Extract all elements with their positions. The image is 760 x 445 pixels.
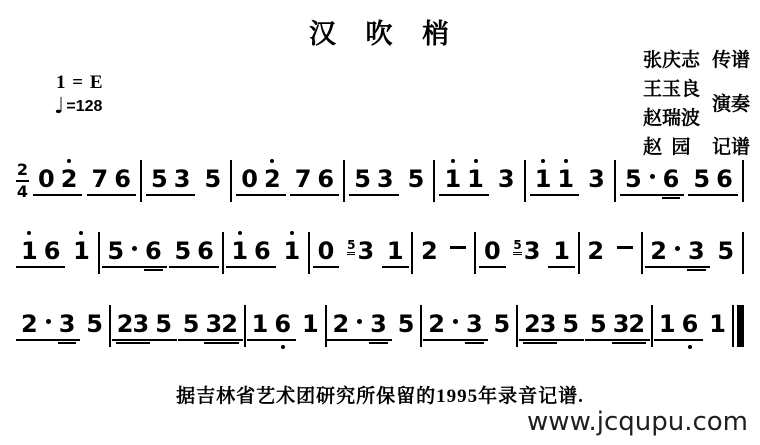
- beam-group: 11: [439, 167, 488, 196]
- note: 0: [241, 167, 258, 191]
- beam-group: 23: [16, 312, 80, 341]
- note-single: 5: [81, 312, 108, 341]
- note-single: 5: [393, 312, 420, 341]
- octave-dot-below: [688, 345, 692, 349]
- source-note: 据吉林省艺术团研究所保留的1995年录音记谱.: [0, 381, 760, 408]
- barline: [578, 232, 580, 274]
- note-digit: 2: [21, 312, 38, 336]
- note-digit: 5: [562, 312, 579, 336]
- note: 0: [38, 167, 55, 191]
- beam-group: 23: [645, 239, 709, 268]
- beam-group: 532: [585, 312, 650, 341]
- note: 5: [174, 239, 191, 263]
- note-digit: 2: [428, 312, 445, 336]
- note: 1: [709, 312, 726, 336]
- note-single: 53: [508, 239, 545, 268]
- note-digit: 7: [92, 167, 109, 191]
- note-digit: 5: [693, 167, 710, 191]
- octave-dot-above: [451, 159, 455, 163]
- beam-group: 56: [169, 239, 218, 268]
- note-digit: 0: [38, 167, 55, 191]
- note: 3: [174, 167, 191, 191]
- barline: [98, 232, 100, 274]
- note: 5: [151, 167, 168, 191]
- note-digit: 3: [540, 312, 557, 336]
- note-digit: 1: [231, 239, 248, 263]
- credit-name-performer-2: 赵瑞波: [643, 104, 700, 133]
- note-digit: 0: [318, 239, 335, 263]
- note-digit: 2: [117, 312, 134, 336]
- note-digit: 6: [254, 239, 271, 263]
- note-digit: 2: [628, 312, 645, 336]
- note-digit: 1: [302, 312, 319, 336]
- note: 7: [295, 167, 312, 191]
- note: 0: [318, 239, 335, 263]
- beam-group: 56: [620, 167, 684, 196]
- barline: [742, 160, 744, 202]
- barline: [230, 160, 232, 202]
- barline: [411, 232, 413, 274]
- credits-block: 张庆志 传谱 王玉良 演奏 赵瑞波 赵 园 记谱: [643, 46, 750, 162]
- barline: [308, 232, 310, 274]
- note-digit: 5: [494, 312, 511, 336]
- note: 1: [73, 239, 90, 263]
- note-digit: 2: [587, 239, 604, 263]
- note: 6: [197, 239, 214, 263]
- note-single: 1: [68, 239, 95, 268]
- note-digit: 2: [524, 312, 541, 336]
- note: 1: [231, 239, 248, 263]
- tempo-marking: ♩ =128: [54, 96, 102, 118]
- barline: [474, 232, 476, 274]
- note-digit: 1: [659, 312, 676, 336]
- note: 5: [693, 167, 710, 191]
- beam-group: 76: [87, 167, 136, 196]
- beam-group: 235: [519, 312, 584, 341]
- note: 1: [659, 312, 676, 336]
- note-single: 1: [297, 312, 324, 341]
- note-digit: 5: [174, 239, 191, 263]
- note: 6: [274, 312, 291, 336]
- note-digit: 1: [467, 167, 484, 191]
- beam-group: 11: [530, 167, 579, 196]
- note: 5: [354, 167, 371, 191]
- note-single: 5: [712, 239, 739, 268]
- barline: [516, 305, 518, 347]
- note: [617, 246, 633, 256]
- beam-group: 16: [16, 239, 65, 268]
- note-digit: 0: [484, 239, 501, 263]
- beam-group: 76: [290, 167, 339, 196]
- beam-group: 235: [112, 312, 177, 341]
- note-digit: 5: [625, 167, 642, 191]
- note: 2: [421, 239, 438, 263]
- dash-continuation: [450, 246, 466, 249]
- augmentation-dot: [675, 246, 680, 251]
- beam-group: 0: [479, 239, 506, 268]
- beam-group: 02: [33, 167, 82, 196]
- note: 5: [155, 312, 172, 336]
- score-line-2: 16156561610531205312235: [16, 220, 744, 286]
- note-single: 2: [582, 239, 609, 268]
- note-digit: 5: [183, 312, 200, 336]
- note: 6: [114, 167, 131, 191]
- note: 1: [283, 239, 300, 263]
- octave-dot-above: [27, 231, 31, 235]
- note-digit: 6: [197, 239, 214, 263]
- note: 7: [92, 167, 109, 191]
- note: 53: [347, 239, 374, 263]
- note: 3: [377, 167, 394, 191]
- note: 6: [682, 312, 699, 336]
- augmentation-dot: [357, 319, 362, 324]
- barline: [343, 160, 345, 202]
- note-digit: 3: [613, 312, 630, 336]
- beam-group: 1: [382, 239, 409, 268]
- note: 2: [264, 167, 281, 191]
- note: 2: [117, 312, 134, 336]
- note: 3: [688, 239, 705, 263]
- note-single: 1: [704, 312, 731, 341]
- barline: [641, 232, 643, 274]
- barline: [140, 160, 142, 202]
- note: 2: [428, 312, 445, 336]
- note-digit: 1: [709, 312, 726, 336]
- octave-dot-above: [270, 159, 274, 163]
- note-digit: 3: [132, 312, 149, 336]
- note: 6: [317, 167, 334, 191]
- octave-dot-above: [290, 231, 294, 235]
- note: 1: [302, 312, 319, 336]
- note-digit: 2: [650, 239, 667, 263]
- note-digit: 3: [174, 167, 191, 191]
- note: 2: [221, 312, 238, 336]
- tempo-value: =128: [66, 98, 102, 116]
- note-single: 53: [342, 239, 379, 268]
- note-digit: 0: [241, 167, 258, 191]
- note: 3: [498, 167, 515, 191]
- note: 6: [716, 167, 733, 191]
- time-signature: 24: [16, 162, 29, 200]
- beam-group: 53: [349, 167, 398, 196]
- note-digit: 1: [283, 239, 300, 263]
- note-digit: 3: [370, 312, 387, 336]
- note-single: 3: [493, 167, 520, 196]
- note-single: [445, 246, 471, 261]
- note: 1: [387, 239, 404, 263]
- note: 2: [524, 312, 541, 336]
- note-digit: 3: [588, 167, 605, 191]
- note: 5: [494, 312, 511, 336]
- beam-group: 0: [313, 239, 340, 268]
- note-digit: 5: [717, 239, 734, 263]
- note: 2: [21, 312, 38, 336]
- note: 5: [717, 239, 734, 263]
- augmentation-dot: [650, 174, 655, 179]
- note-digit: 5: [398, 312, 415, 336]
- sheet-music-page: { "title": "汉 吹 梢", "credits": { "names"…: [0, 0, 760, 445]
- note-digit: 6: [716, 167, 733, 191]
- note: 5: [183, 312, 200, 336]
- quarter-note-icon: ♩: [54, 96, 64, 118]
- octave-dot-above: [67, 159, 71, 163]
- note-single: 5: [489, 312, 516, 341]
- note-single: 1: [278, 239, 305, 268]
- note-digit: 6: [145, 239, 162, 263]
- note-digit: 1: [252, 312, 269, 336]
- note: 5: [625, 167, 642, 191]
- octave-dot-above: [474, 159, 478, 163]
- credit-name-transcriber: 张庆志: [643, 46, 700, 75]
- beam-group: 16: [226, 239, 275, 268]
- note-digit: 5: [408, 167, 425, 191]
- note: 6: [254, 239, 271, 263]
- note-digit: 5: [204, 167, 221, 191]
- beam-group: 16: [654, 312, 703, 341]
- note: 2: [332, 312, 349, 336]
- beam-group: 532: [178, 312, 243, 341]
- note-digit: 1: [553, 239, 570, 263]
- augmentation-dot: [46, 319, 51, 324]
- beam-group: 02: [236, 167, 285, 196]
- note: 3: [370, 312, 387, 336]
- note-digit: 2: [421, 239, 438, 263]
- note: 6: [145, 239, 162, 263]
- note-digit: 3: [205, 312, 222, 336]
- score-line-3: 235235532161235235235532161: [16, 293, 744, 359]
- note-single: 2: [416, 239, 443, 268]
- note-digit: 2: [264, 167, 281, 191]
- note: 5: [204, 167, 221, 191]
- note: 2: [587, 239, 604, 263]
- note-digit: 2: [332, 312, 349, 336]
- final-barline-thin: [732, 305, 734, 347]
- note-digit: 1: [557, 167, 574, 191]
- barline: [524, 160, 526, 202]
- note: 5: [398, 312, 415, 336]
- note-digit: 3: [498, 167, 515, 191]
- credit-name-performer-1: 王玉良: [643, 75, 700, 104]
- note: 5: [562, 312, 579, 336]
- final-barline-thick: [737, 305, 744, 347]
- barline: [651, 305, 653, 347]
- note: 53: [513, 239, 540, 263]
- key-signature: 1 = E: [56, 72, 104, 94]
- note-digit: 3: [377, 167, 394, 191]
- note: 3: [59, 312, 76, 336]
- note-digit: 6: [274, 312, 291, 336]
- note-digit: 6: [682, 312, 699, 336]
- note-digit: 3: [688, 239, 705, 263]
- note-single: 5: [199, 167, 226, 196]
- note: 2: [61, 167, 78, 191]
- note: 3: [466, 312, 483, 336]
- note-digit: 5: [151, 167, 168, 191]
- credit-role-chuanpu: 传谱: [712, 46, 750, 75]
- barline: [742, 232, 744, 274]
- note: 2: [628, 312, 645, 336]
- octave-dot-below: [281, 345, 285, 349]
- barline: [109, 305, 111, 347]
- note: 3: [540, 312, 557, 336]
- note-digit: 5: [354, 167, 371, 191]
- barline: [614, 160, 616, 202]
- note-digit: 1: [387, 239, 404, 263]
- note: 2: [650, 239, 667, 263]
- octave-dot-above: [238, 231, 242, 235]
- note: 1: [467, 167, 484, 191]
- note-digit: 1: [444, 167, 461, 191]
- note: 1: [557, 167, 574, 191]
- barline: [420, 305, 422, 347]
- grace-note: 5: [513, 239, 521, 253]
- beam-group: 1: [548, 239, 575, 268]
- note: 1: [252, 312, 269, 336]
- note-digit: 3: [357, 239, 374, 263]
- ts-denominator: 4: [17, 184, 28, 200]
- note-digit: 2: [61, 167, 78, 191]
- note: 6: [44, 239, 61, 263]
- dash-continuation: [617, 246, 633, 249]
- augmentation-dot: [453, 319, 458, 324]
- note-digit: 5: [86, 312, 103, 336]
- beam-group: 56: [688, 167, 737, 196]
- note: 0: [484, 239, 501, 263]
- octave-dot-above: [564, 159, 568, 163]
- note-digit: 6: [317, 167, 334, 191]
- note-digit: 7: [295, 167, 312, 191]
- augmentation-dot: [132, 246, 137, 251]
- note-digit: 3: [524, 239, 541, 263]
- beam-group: 53: [146, 167, 195, 196]
- score-line-1: 24027653502765351131135656: [16, 148, 744, 214]
- note-digit: 5: [155, 312, 172, 336]
- note: 5: [590, 312, 607, 336]
- note-digit: 2: [221, 312, 238, 336]
- barline: [433, 160, 435, 202]
- barline: [244, 305, 246, 347]
- note: 3: [205, 312, 222, 336]
- grace-note: 5: [347, 239, 355, 253]
- note-digit: 1: [535, 167, 552, 191]
- note-digit: 5: [590, 312, 607, 336]
- final-barline: [732, 305, 744, 347]
- ts-numerator: 2: [17, 162, 28, 178]
- note: 6: [663, 167, 680, 191]
- note-digit: 6: [114, 167, 131, 191]
- note-digit: 6: [44, 239, 61, 263]
- note-single: [612, 246, 638, 261]
- note: 1: [535, 167, 552, 191]
- beam-group: 56: [102, 239, 166, 268]
- note: 3: [132, 312, 149, 336]
- beam-group: 23: [327, 312, 391, 341]
- note-digit: 3: [59, 312, 76, 336]
- note: 1: [444, 167, 461, 191]
- note: 1: [21, 239, 38, 263]
- octave-dot-above: [79, 231, 83, 235]
- watermark-url: www.jcqupu.com: [527, 407, 748, 437]
- note: [450, 246, 466, 256]
- note: 5: [86, 312, 103, 336]
- note-digit: 5: [107, 239, 124, 263]
- credit-role-yanzou: 演奏: [712, 95, 750, 114]
- note: 3: [588, 167, 605, 191]
- barline: [222, 232, 224, 274]
- note-digit: 6: [663, 167, 680, 191]
- note: 1: [553, 239, 570, 263]
- note: 3: [613, 312, 630, 336]
- barline: [325, 305, 327, 347]
- note-digit: 1: [21, 239, 38, 263]
- note-digit: 1: [73, 239, 90, 263]
- beam-group: 23: [423, 312, 487, 341]
- note-single: 5: [403, 167, 430, 196]
- note-digit: 3: [466, 312, 483, 336]
- note: 5: [107, 239, 124, 263]
- beam-group: 16: [247, 312, 296, 341]
- note-single: 3: [583, 167, 610, 196]
- octave-dot-above: [541, 159, 545, 163]
- note: 5: [408, 167, 425, 191]
